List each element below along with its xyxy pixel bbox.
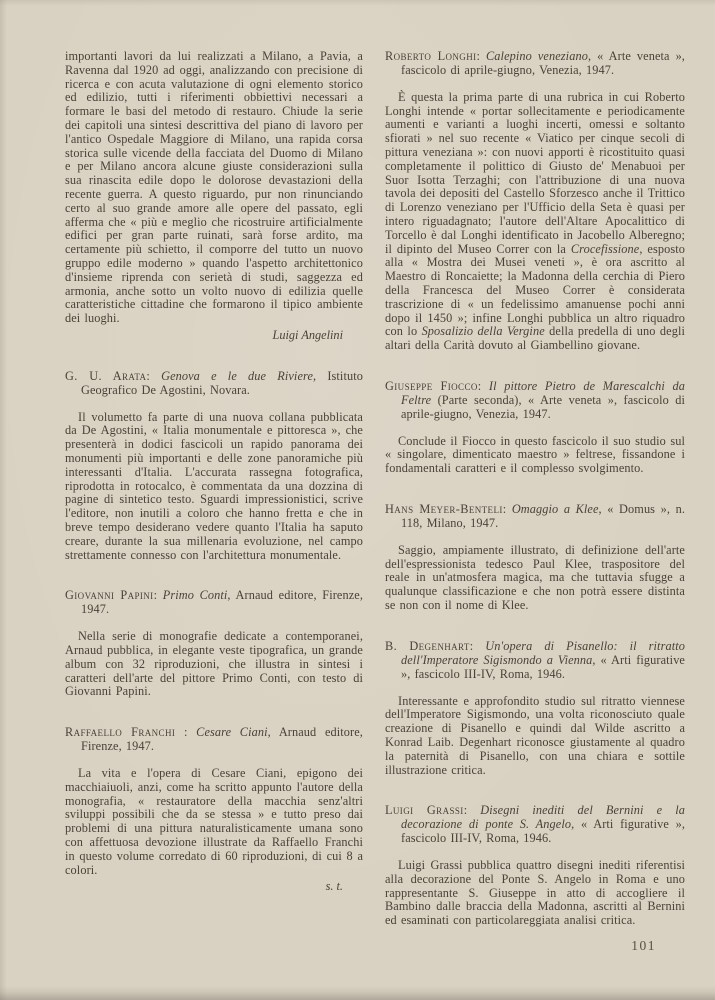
entry-author: Raffaello Franchi xyxy=(65,725,175,739)
entry-author: Roberto Longhi xyxy=(385,49,477,63)
entry-separator: : xyxy=(146,369,161,383)
entry-separator: : xyxy=(477,49,487,63)
cited-work-title: Crocefissione xyxy=(571,242,639,256)
review-paragraph: Il volumetto fa parte di una nuova colla… xyxy=(65,411,363,563)
entry-author: Giovanni Papini xyxy=(65,588,154,602)
reviewer-signature: Luigi Angelini xyxy=(65,329,343,343)
review-paragraph: Saggio, ampiamente illustrato, di defini… xyxy=(385,544,685,613)
review-paragraph: Nella serie di monografie dedicate a con… xyxy=(65,630,363,699)
bibliography-entry-longhi: Roberto Longhi: Calepino veneziano, « Ar… xyxy=(385,50,685,78)
entry-author: Giuseppe Fiocco xyxy=(385,379,478,393)
scanned-journal-page: importanti lavori da lui realizzati a Mi… xyxy=(0,0,715,1000)
paragraph-text: È questa la prima parte di una rubrica i… xyxy=(385,90,685,256)
entry-title: Cesare Ciani xyxy=(196,725,268,739)
entry-separator: : xyxy=(478,379,489,393)
continuation-paragraph: importanti lavori da lui realizzati a Mi… xyxy=(65,50,363,326)
reviewer-signature: s. t. xyxy=(65,880,343,894)
entry-author: B. Degenhart xyxy=(385,639,470,653)
entry-title: Calepino veneziano xyxy=(486,49,588,63)
paper-speck xyxy=(142,513,145,516)
entry-author: Hans Meyer-Benteli xyxy=(385,502,503,516)
entry-title: Omaggio a Klee xyxy=(512,502,599,516)
review-paragraph: Interessante e approfondito studio sul r… xyxy=(385,695,685,778)
review-paragraph: La vita e l'opera di Cesare Ciani, epigo… xyxy=(65,767,363,877)
paper-speck xyxy=(652,893,655,895)
bibliography-entry-arata: G. U. Arata: Genova e le due Riviere, Is… xyxy=(65,370,363,398)
review-paragraph: È questa la prima parte di una rubrica i… xyxy=(385,91,685,353)
entry-separator: : xyxy=(470,639,486,653)
review-paragraph: Luigi Grassi pubblica quattro disegni in… xyxy=(385,859,685,928)
bibliography-entry-grassi: Luigi Grassi: Disegni inediti del Bernin… xyxy=(385,804,685,846)
cited-work-title: Sposalizio della Vergine xyxy=(422,324,545,338)
left-column: importanti lavori da lui realizzati a Mi… xyxy=(65,50,363,928)
bibliography-entry-franchi: Raffaello Franchi : Cesare Ciani, Arnaud… xyxy=(65,726,363,754)
entry-detail: (Parte seconda), « Arte veneta », fascic… xyxy=(401,393,685,421)
bibliography-entry-degenhart: B. Degenhart: Un'opera di Pisanello: il … xyxy=(385,640,685,682)
entry-title: Genova e le due Riviere xyxy=(161,369,313,383)
bibliography-entry-papini: Giovanni Papini: Primo Conti, Arnaud edi… xyxy=(65,589,363,617)
page-number: 101 xyxy=(631,938,656,954)
text-columns: importanti lavori da lui realizzati a Mi… xyxy=(65,50,688,928)
right-column: Roberto Longhi: Calepino veneziano, « Ar… xyxy=(385,50,685,928)
bibliography-entry-fiocco: Giuseppe Fiocco: Il pittore Pietro de Ma… xyxy=(385,380,685,422)
review-paragraph: Conclude il Fiocco in questo fascicolo i… xyxy=(385,435,685,476)
entry-separator: : xyxy=(175,725,196,739)
bibliography-entry-meyer-benteli: Hans Meyer-Benteli: Omaggio a Klee, « Do… xyxy=(385,503,685,531)
entry-separator: : xyxy=(154,588,163,602)
entry-author: Luigi Grassi xyxy=(385,803,464,817)
entry-separator: : xyxy=(503,502,512,516)
entry-separator: : xyxy=(464,803,481,817)
entry-author: G. U. Arata xyxy=(65,369,146,383)
entry-title: Primo Conti xyxy=(163,588,228,602)
